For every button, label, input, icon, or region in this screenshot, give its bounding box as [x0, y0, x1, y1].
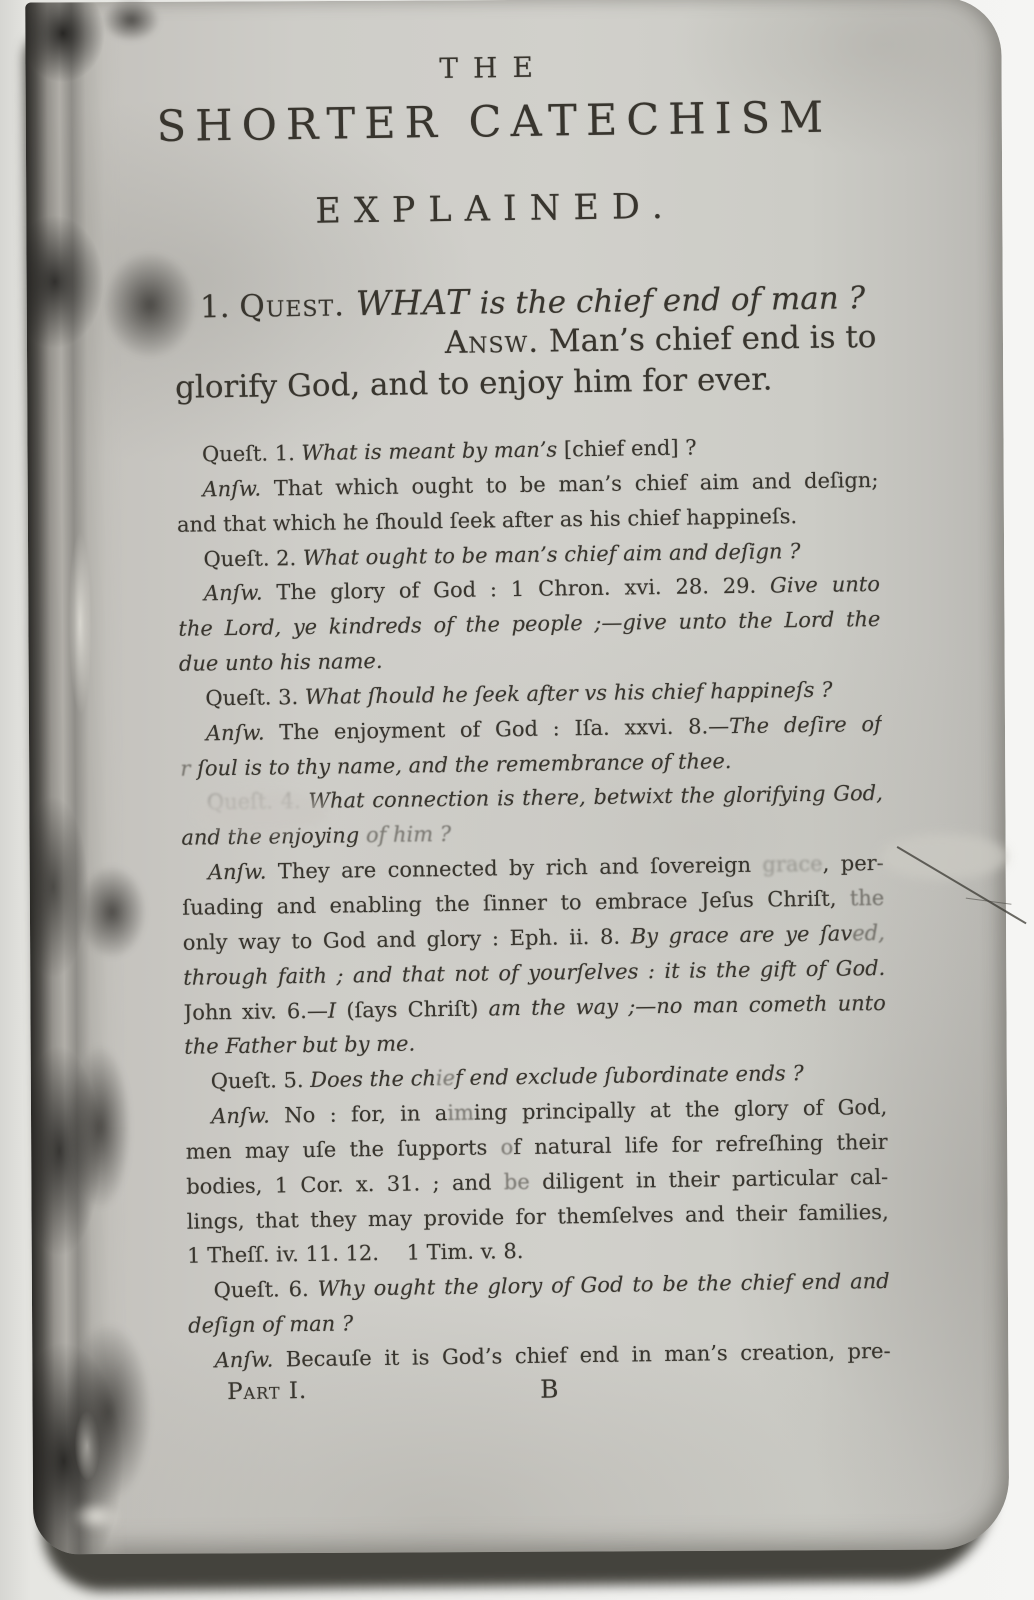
text-segment: the Father but by me.: [184, 1032, 415, 1059]
text-segment: Anſw.: [214, 1347, 273, 1372]
title-line-2: SHORTER CATECHISM: [74, 91, 915, 153]
text-segment: grace: [762, 852, 823, 877]
question-1-text: is the chief end of man ?: [470, 280, 866, 322]
text-segment: No : for, in a: [270, 1101, 448, 1127]
book-page: THE SHORTER CATECHISM EXPLAINED. 1. Ques…: [25, 0, 1009, 1555]
text-segment: By grace are ye ſav: [631, 921, 853, 948]
text-segment: f end exclude ſubordinate ends ?: [455, 1061, 804, 1090]
text-segment: Anſw.: [204, 581, 263, 606]
text-segment: Anſw.: [206, 720, 265, 745]
text-segment: lings, that they may provide for themſel…: [187, 1199, 889, 1233]
text-segment: Anſw.: [211, 1104, 270, 1129]
text-segment: men may uſe the ſupports: [186, 1135, 501, 1163]
answer-1-line-2: glorify God, and to enjoy him for ever.: [175, 360, 877, 406]
text-segment: Queſt. 6.: [214, 1277, 318, 1302]
text-segment: What ought to be man’s chief aim and deſ…: [303, 539, 801, 570]
text-segment: o: [500, 1135, 513, 1159]
text-segment: They are connected by rich and ſovereign: [266, 853, 762, 884]
text-segment: What connection is there, betwixt the gl…: [308, 781, 883, 813]
text-segment: bodies, 1 Cor. x. 31. ; and: [186, 1170, 504, 1198]
title-line-3: EXPLAINED.: [75, 183, 915, 235]
printed-text-layer: THE SHORTER CATECHISM EXPLAINED. 1. Ques…: [18, 0, 1016, 1556]
text-segment: diligent in their particular cal-: [530, 1165, 889, 1194]
text-segment: Queſt. 5.: [211, 1068, 311, 1093]
text-segment: ſuading and enabling the ſinner to embra…: [182, 886, 850, 919]
text-segment: f natural life for refreſhing their: [513, 1130, 888, 1159]
question-1-caps: WHAT: [356, 283, 471, 325]
quest-label: Quest.: [239, 287, 356, 325]
text-segment: , per-: [822, 851, 883, 876]
body-text: Queſt. 1. What is meant by man’s [chief …: [176, 428, 891, 1378]
text-segment: John xiv. 6.—: [184, 998, 328, 1024]
text-segment: What is meant by man’s: [301, 437, 564, 465]
text-segment: Does the ch: [310, 1066, 436, 1092]
text-segment: The enjoyment of God : Iſa. xxvi. 8.—: [264, 714, 729, 744]
text-segment: Why ought the glory of God to be the chi…: [318, 1269, 890, 1301]
text-segment: 1 Theſſ. iv. 11. 12. 1 Tim. v. 8.: [187, 1239, 524, 1268]
text-segment: ie: [436, 1066, 455, 1090]
answer-1-text: Man’s chief end is to: [539, 319, 877, 360]
text-segment: the: [850, 886, 885, 910]
text-segment: deſign of man ?: [188, 1311, 353, 1337]
text-segment: through faith ; and that not of yourſelv…: [183, 956, 885, 990]
text-segment: Give unto: [770, 572, 880, 598]
text-segment: What ſhould he ſeek after vs his chief h…: [305, 678, 833, 709]
text-segment: Queſt. 3.: [205, 685, 305, 710]
text-segment: That which ought to be man’s chief aim a…: [261, 468, 879, 501]
text-segment: Queſt. 2.: [203, 546, 303, 571]
text-segment: r: [180, 756, 197, 780]
text-segment: The deſire of: [729, 712, 882, 738]
text-segment: and that which he ſhould ſeek after as h…: [177, 504, 797, 537]
question-1-number: 1.: [200, 289, 240, 326]
text-segment: ed,: [852, 921, 885, 945]
title-line-1: THE: [73, 45, 913, 90]
answer-1-line-1: Answ. Man’s chief end is to: [174, 319, 876, 365]
text-segment: ſoul is to thy name, and the remembrance…: [197, 749, 732, 780]
text-segment: The glory of God : 1 Chron. xvi. 28. 29.: [262, 574, 770, 605]
text-segment: ing principally at the glory of God,: [474, 1095, 888, 1125]
signature-letter: B: [540, 1375, 559, 1404]
text-segment: (ſays Chriſt): [336, 996, 489, 1022]
answ-label: Answ.: [445, 324, 540, 361]
text-segment: am the way ;—no man cometh unto: [488, 990, 886, 1020]
text-segment: due unto his name.: [179, 649, 383, 676]
text-segment: Queſt. 1.: [202, 441, 302, 466]
text-segment: [chief end] ?: [564, 436, 697, 462]
text-segment: Becauſe it is God’s chief end in man’s c…: [273, 1339, 891, 1372]
text-segment: of him ?: [366, 822, 452, 847]
text-segment: im: [447, 1101, 474, 1125]
text-segment: Anſw.: [208, 860, 267, 885]
text-segment: only way to God and glory : Eph. ii. 8.: [183, 924, 631, 954]
text-segment: Anſw.: [202, 476, 261, 501]
part-label: Part I.: [227, 1378, 308, 1405]
text-segment: be: [504, 1170, 530, 1194]
